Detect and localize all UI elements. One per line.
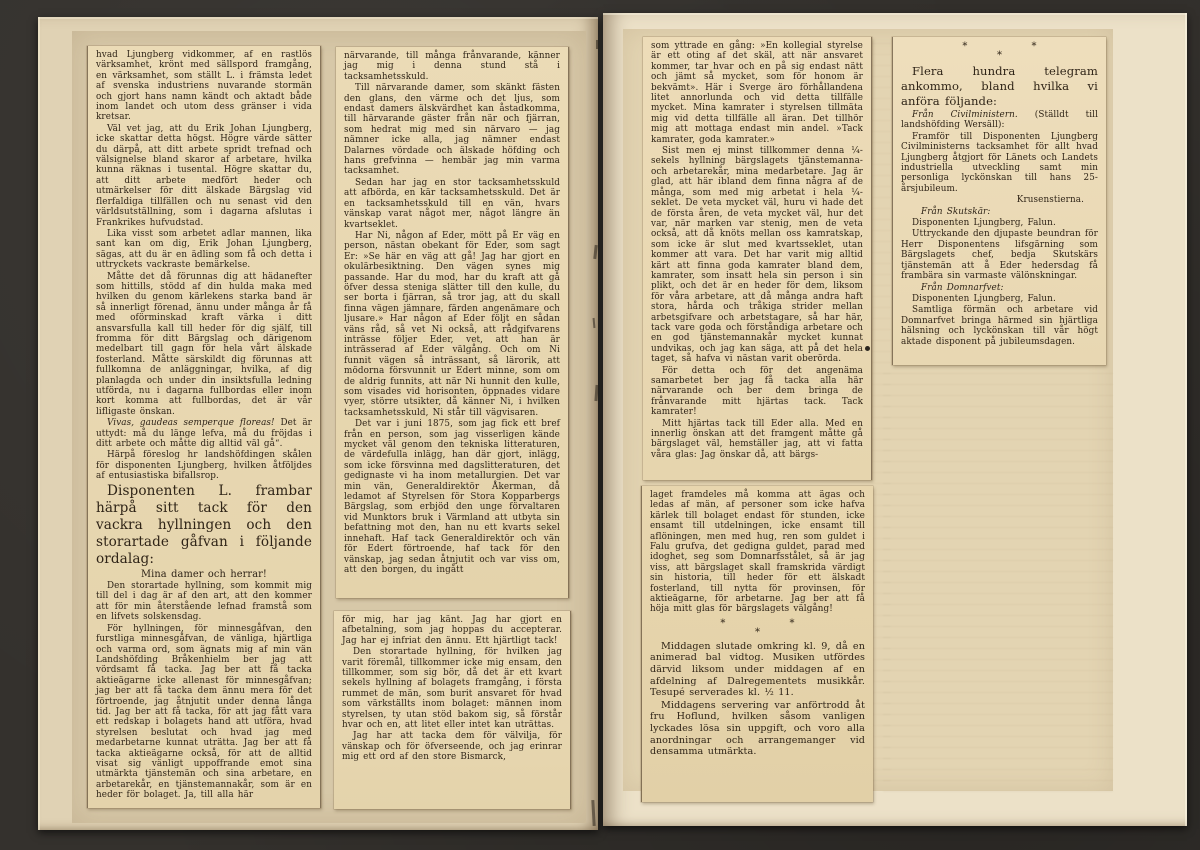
paragraph: Samtliga förmän och arbetare vid Domnarf… xyxy=(901,305,1098,347)
paragraph: För detta och för det angenäma samarbete… xyxy=(651,366,863,418)
right-page: som yttrade en gång: »En kollegial styre… xyxy=(603,13,1187,826)
newspaper-clipping-column-2-upper: närvarande, till många frånvarande, känn… xyxy=(336,47,569,598)
paragraph: Disponenten Ljungberg, Falun. xyxy=(901,218,1098,228)
paragraph: Middagens servering var anförtrodd åt fr… xyxy=(650,700,865,758)
paragraph: Till närvarande damer, som skänkt fästen… xyxy=(344,83,560,177)
paragraph: Middagen slutade omkring kl. 9, då en an… xyxy=(650,641,865,699)
asterisk: * xyxy=(962,42,967,51)
paragraph: Framför till Disponenten Ljungberg Civil… xyxy=(901,132,1098,194)
paragraph: Det var i juni 1875, som jag fick ett br… xyxy=(344,419,560,575)
paragraph: Den storartade hyllning, för hvilken jag… xyxy=(342,647,562,730)
latin-toast: Vivas, gaudeas semperque floreas! xyxy=(107,418,275,428)
ink-speck xyxy=(865,346,870,351)
telegram-signature: Krusenstierna. xyxy=(901,195,1098,205)
newspaper-clipping-column-3-lower: laget framdeles må komma att ägas och le… xyxy=(641,486,873,802)
asterisk: * xyxy=(1032,42,1037,51)
paragraph: Har Ni, någon af Eder, mött på Er väg en… xyxy=(344,231,560,418)
newspaper-clipping-column-4-telegrams: ** * Flera hundra telegram ankommo, blan… xyxy=(892,37,1106,365)
newspaper-clipping-column-2-lower: för mig, har jag känt. Jag har gjort en … xyxy=(334,611,571,809)
binding-crease xyxy=(596,40,598,49)
paragraph: Sedan har jag en stor tacksamhetsskuld a… xyxy=(344,178,560,230)
paragraph: För hyllningen, för minnesgåfvan, den fu… xyxy=(96,624,312,801)
paragraph: Sist men ej minst tillkommer denna ¼-sek… xyxy=(651,146,863,365)
paragraph: som yttrade en gång: »En kollegial styre… xyxy=(651,41,863,145)
lead-paragraph: Disponenten L. frambar härpå sitt tack f… xyxy=(96,483,312,569)
telegram-source: Från Skutskär: xyxy=(901,207,1098,217)
asterisk-separator: * xyxy=(901,51,1098,60)
salutation: Mina damer och herrar! xyxy=(96,570,312,580)
asterisk: * xyxy=(720,619,725,628)
scrapbook-spread: { "misc": { "star": "*" }, "left_page": … xyxy=(0,0,1200,850)
paragraph: Uttryckande den djupaste beundran för He… xyxy=(901,229,1098,281)
paragraph: hvad Ljungberg vidkommer, af en rastlös … xyxy=(96,50,312,123)
asterisk: * xyxy=(755,627,760,638)
asterisk: * xyxy=(997,50,1002,61)
paragraph: för mig, har jag känt. Jag har gjort en … xyxy=(342,615,562,646)
asterisk-separator: * xyxy=(650,628,865,637)
telegram-section-heading: Flera hundra telegram ankommo, bland hvi… xyxy=(901,64,1098,109)
paragraph: laget framdeles må komma att ägas och le… xyxy=(650,490,865,615)
paragraph: närvarande, till många frånvarande, känn… xyxy=(344,51,560,82)
paragraph: Lika visst som arbetet adlar mannen, lik… xyxy=(96,229,312,271)
telegram-source: Från Domnarfvet: xyxy=(901,283,1098,293)
paragraph: Väl vet jag, att du Erik Johan Ljungberg… xyxy=(96,124,312,228)
paragraph: Härpå föreslog hr landshöfdingen skålen … xyxy=(96,450,312,481)
newspaper-clipping-column-3-upper: som yttrade en gång: »En kollegial styre… xyxy=(643,37,872,480)
paragraph: Mitt hjärtas tack till Eder alla. Med en… xyxy=(651,419,863,461)
paragraph: Vivas, gaudeas semperque floreas! Det är… xyxy=(96,418,312,449)
paragraph: Disponenten Ljungberg, Falun. xyxy=(901,294,1098,304)
paragraph: Jag har att tacka dem för välvilja, för … xyxy=(342,731,562,762)
paragraph: Den storartade hyllning, som kommit mig … xyxy=(96,581,312,623)
asterisk: * xyxy=(790,619,795,628)
newspaper-clipping-column-1: hvad Ljungberg vidkommer, af en rastlös … xyxy=(87,46,321,808)
paragraph: Måtte det då förunnas dig att hädanefter… xyxy=(96,272,312,418)
telegram-source: Från Civilministern. xyxy=(912,110,1018,120)
left-page: hvad Ljungberg vidkommer, af en rastlös … xyxy=(38,17,598,830)
paragraph: Från Civilministern. (Ställdt till lands… xyxy=(901,110,1098,131)
